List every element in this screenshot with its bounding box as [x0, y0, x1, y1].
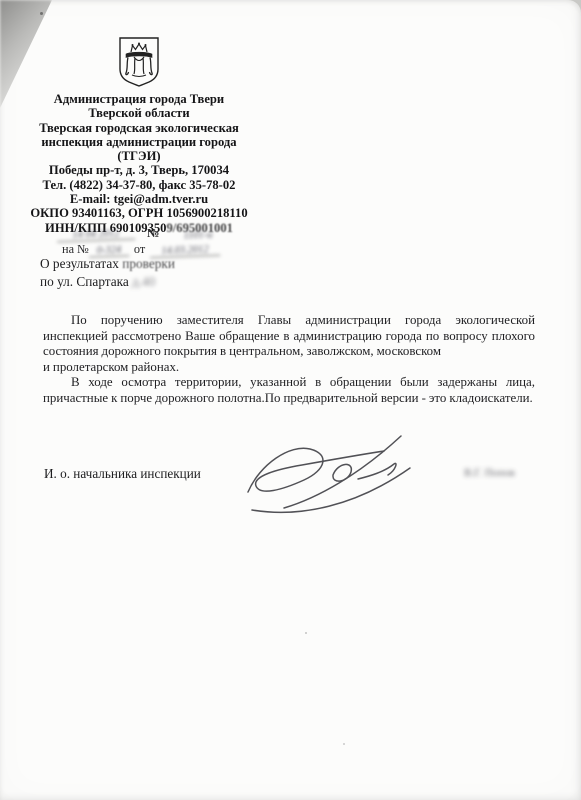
subject-street-number-redacted: д.40	[132, 274, 155, 289]
subject-line2-text: по ул. Спартака	[40, 274, 129, 289]
number-sign-label: №	[147, 226, 163, 241]
tver-coat-of-arms-icon	[118, 37, 160, 87]
scan-speck	[40, 12, 43, 15]
signer-title: И. о. начальника инспекции	[44, 466, 201, 482]
org-name-line-3: Тверская городская экологическая	[8, 121, 270, 135]
handwritten-outgoing-number: 1101-и	[163, 229, 233, 242]
scanned-letter-page: Администрация города Твери Тверской обла…	[0, 0, 581, 800]
org-name-line-1: Администрация города Твери	[8, 92, 270, 106]
signer-name-redacted: В.Г. Попов	[464, 467, 540, 479]
paragraph-1: По поручению заместителя Главы администр…	[43, 313, 535, 375]
subject-line-1: О результатах проверки	[40, 255, 175, 273]
paragraph-2: В ходе осмотра территории, указанной в о…	[43, 375, 535, 406]
paragraph-1-tail: и пролетарском районах.	[43, 360, 179, 374]
handwritten-signature-icon	[238, 430, 443, 520]
subject-line1-blurred: проверки	[122, 256, 175, 271]
org-address: Победы пр-т, д. 3, Тверь, 170034	[8, 163, 270, 177]
org-name-line-2: Тверской области	[8, 106, 270, 120]
org-okpo-ogrn: ОКПО 93401163, ОГРН 1056900218110	[8, 206, 270, 220]
letterhead: Администрация города Твери Тверской обла…	[8, 37, 270, 235]
paragraph-2-text: В ходе осмотра территории, указанной в о…	[43, 375, 535, 405]
subject-line-2: по ул. Спартакад.40	[40, 273, 175, 291]
outgoing-ref-row: 14 04 2012 № 1101-и	[57, 228, 297, 241]
reference-block: 14 04 2012 № 1101-и на № 0-324 от 14.03.…	[57, 228, 297, 257]
paragraph-1-main: По поручению заместителя Главы администр…	[43, 313, 535, 358]
scan-speck	[343, 743, 345, 745]
subject-line1-text: О результатах	[40, 256, 122, 271]
handwritten-outgoing-date: 14 04 2012	[57, 228, 135, 243]
scan-speck	[305, 632, 307, 634]
org-email: E-mail: tgei@adm.tver.ru	[8, 192, 270, 206]
subject-block: О результатах проверки по ул. Спартакад.…	[40, 255, 175, 290]
org-abbreviation: (ТГЭИ)	[8, 149, 270, 163]
letter-body: По поручению заместителя Главы администр…	[43, 313, 535, 407]
org-phone-fax: Тел. (4822) 34-37-80, факс 35-78-02	[8, 178, 270, 192]
org-name-line-4: инспекция администрации города	[8, 135, 270, 149]
